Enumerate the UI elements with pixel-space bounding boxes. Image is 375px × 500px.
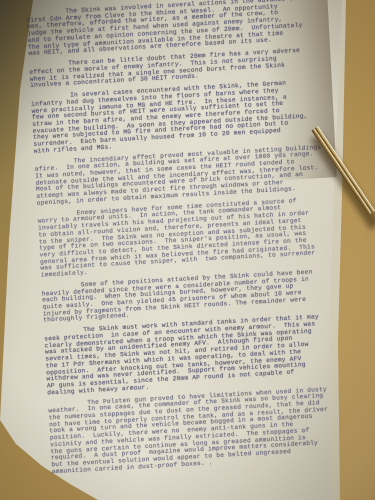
report-paragraph: Enemy snipers have for some time constit… — [37, 196, 343, 280]
photo-of-open-binder: The Skink was involved in several action… — [0, 0, 375, 500]
report-paragraph: The Polsten gun proved to have limitatio… — [48, 385, 355, 476]
report-paragraph: The Skink must work with standard tanks … — [44, 313, 350, 397]
